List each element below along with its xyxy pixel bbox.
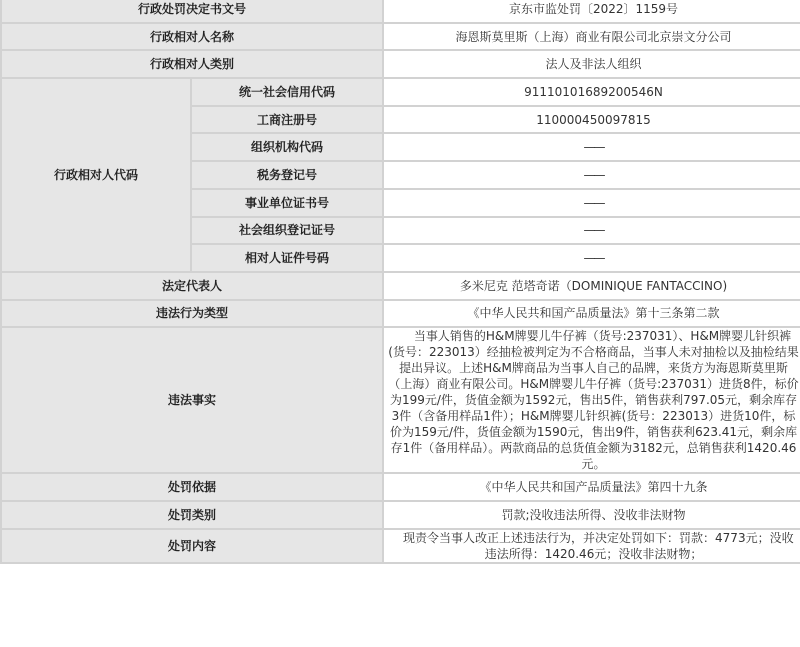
row-penalty-basis: 处罚依据 《中华人民共和国产品质量法》第四十九条 bbox=[1, 473, 800, 501]
label-tax-reg-no: 税务登记号 bbox=[191, 161, 383, 189]
label-violation-facts: 违法事实 bbox=[1, 327, 383, 473]
row-decision-no: 行政处罚决定书文号 京东市监处罚〔2022〕1159号 bbox=[1, 0, 800, 23]
penalty-record-table: 行政处罚决定书文号 京东市监处罚〔2022〕1159号 行政相对人名称 海恩斯莫… bbox=[0, 0, 800, 564]
row-penalty-content: 处罚内容 现责令当事人改正上述违法行为，并决定处罚如下：罚款：4773元；没收违… bbox=[1, 529, 800, 563]
value-institution-cert-no: —— bbox=[383, 189, 800, 217]
label-party-name: 行政相对人名称 bbox=[1, 23, 383, 51]
value-legal-rep: 多米尼克 范塔奇诺（DOMINIQUE FANTACCINO) bbox=[383, 272, 800, 300]
value-decision-no: 京东市监处罚〔2022〕1159号 bbox=[383, 0, 800, 23]
row-credit-code: 行政相对人代码 统一社会信用代码 91110101689200546N bbox=[1, 78, 800, 106]
row-violation-type: 违法行为类型 《中华人民共和国产品质量法》第十三条第二款 bbox=[1, 300, 800, 328]
value-credit-code: 91110101689200546N bbox=[383, 78, 800, 106]
value-business-reg-no: 110000450097815 bbox=[383, 106, 800, 134]
value-org-code: —— bbox=[383, 133, 800, 161]
label-penalty-content: 处罚内容 bbox=[1, 529, 383, 563]
label-party-code: 行政相对人代码 bbox=[1, 78, 191, 272]
value-penalty-content: 现责令当事人改正上述违法行为，并决定处罚如下：罚款：4773元；没收违法所得：1… bbox=[383, 529, 800, 563]
label-violation-type: 违法行为类型 bbox=[1, 300, 383, 328]
row-party-name: 行政相对人名称 海恩斯莫里斯（上海）商业有限公司北京崇文分公司 bbox=[1, 23, 800, 51]
row-penalty-type: 处罚类别 罚款;没收违法所得、没收非法财物 bbox=[1, 501, 800, 529]
value-penalty-type: 罚款;没收违法所得、没收非法财物 bbox=[383, 501, 800, 529]
label-institution-cert-no: 事业单位证书号 bbox=[191, 189, 383, 217]
label-credit-code: 统一社会信用代码 bbox=[191, 78, 383, 106]
value-violation-type: 《中华人民共和国产品质量法》第十三条第二款 bbox=[383, 300, 800, 328]
label-id-no: 相对人证件号码 bbox=[191, 244, 383, 272]
label-org-code: 组织机构代码 bbox=[191, 133, 383, 161]
label-party-type: 行政相对人类别 bbox=[1, 50, 383, 78]
value-party-name: 海恩斯莫里斯（上海）商业有限公司北京崇文分公司 bbox=[383, 23, 800, 51]
row-party-type: 行政相对人类别 法人及非法人组织 bbox=[1, 50, 800, 78]
label-penalty-basis: 处罚依据 bbox=[1, 473, 383, 501]
label-penalty-type: 处罚类别 bbox=[1, 501, 383, 529]
value-violation-facts: 当事人销售的H&M牌婴儿牛仔裤（货号:237031）、H&M牌婴儿针织裤(货号：… bbox=[383, 327, 800, 473]
row-violation-facts: 违法事实 当事人销售的H&M牌婴儿牛仔裤（货号:237031）、H&M牌婴儿针织… bbox=[1, 327, 800, 473]
label-social-org-reg-no: 社会组织登记证号 bbox=[191, 217, 383, 245]
value-tax-reg-no: —— bbox=[383, 161, 800, 189]
value-id-no: —— bbox=[383, 244, 800, 272]
row-legal-rep: 法定代表人 多米尼克 范塔奇诺（DOMINIQUE FANTACCINO) bbox=[1, 272, 800, 300]
label-decision-no: 行政处罚决定书文号 bbox=[1, 0, 383, 23]
label-legal-rep: 法定代表人 bbox=[1, 272, 383, 300]
label-business-reg-no: 工商注册号 bbox=[191, 106, 383, 134]
value-penalty-basis: 《中华人民共和国产品质量法》第四十九条 bbox=[383, 473, 800, 501]
value-social-org-reg-no: —— bbox=[383, 217, 800, 245]
value-party-type: 法人及非法人组织 bbox=[383, 50, 800, 78]
